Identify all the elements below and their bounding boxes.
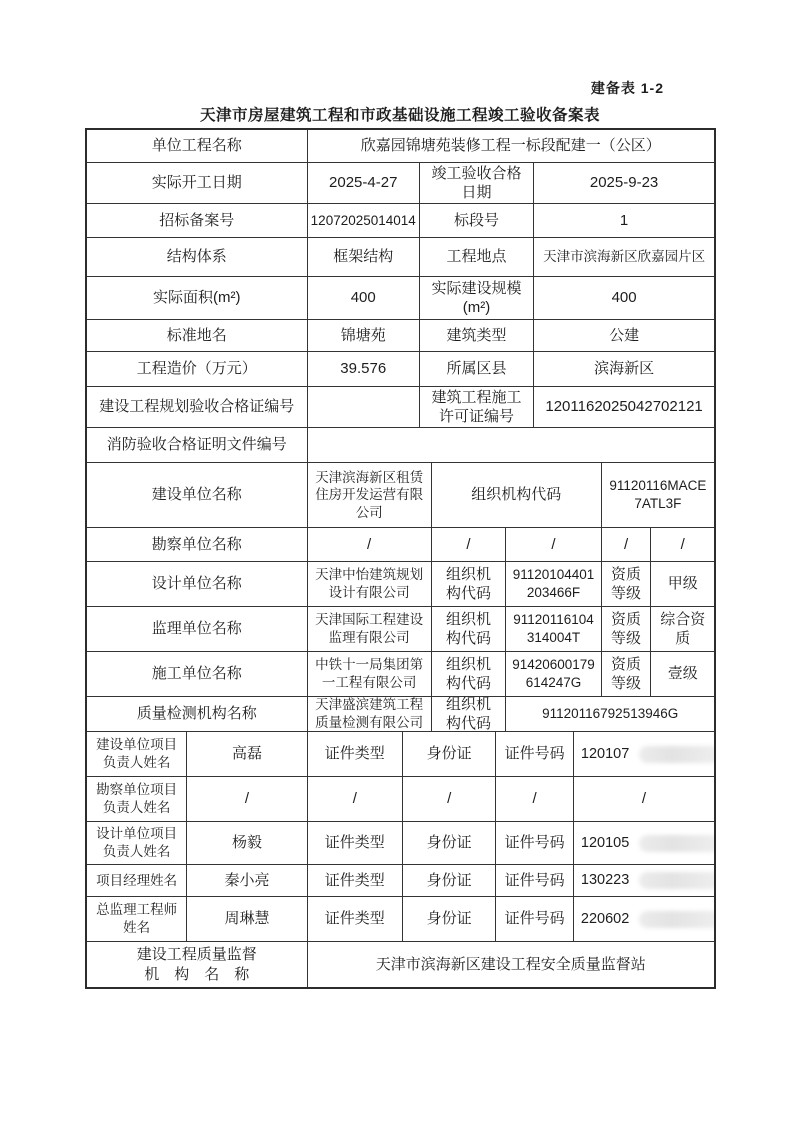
supervision-name-label: 监理单位名称 — [87, 607, 308, 651]
table-row: 工程造价（万元） 39.576 所属区县 滨海新区 — [87, 352, 714, 387]
table-row: 单位工程名称 欣嘉园锦塘苑装修工程一标段配建一（公区） — [87, 130, 714, 163]
location-value: 天津市滨海新区欣嘉园片区 — [534, 238, 714, 276]
cost-label: 工程造价（万元） — [87, 352, 308, 386]
contractor-name-label: 施工单位名称 — [87, 652, 308, 696]
testing-org-code-value: 91120116792513946G — [506, 697, 714, 731]
location-label: 工程地点 — [420, 238, 534, 276]
table-row: 总监理工程师 姓名 周琳慧 证件类型 身份证 证件号码 220602 — [87, 897, 714, 942]
standard-place-value: 锦塘苑 — [308, 320, 420, 351]
survey-org-code-value: / — [506, 528, 601, 561]
cost-value: 39.576 — [308, 352, 420, 386]
contractor-org-code-value: 91420600179614247G — [506, 652, 601, 696]
bid-record-no-label: 招标备案号 — [87, 204, 308, 237]
builder-name-label: 建设单位名称 — [87, 463, 308, 527]
construction-permit-value: 1201162025042702121 — [534, 387, 714, 427]
scanned-form-page: 建备表 1-2 天津市房屋建筑工程和市政基础设施工程竣工验收备案表 单位工程名称… — [0, 0, 800, 1131]
builder-rep-name: 高磊 — [187, 732, 307, 776]
design-rep-name: 杨毅 — [187, 822, 307, 864]
survey-rep-id-type-label: / — [308, 777, 403, 821]
table-row: 设计单位名称 天津中怡建筑规划设计有限公司 组织机构代码 91120104401… — [87, 562, 714, 607]
chief-supervisor-id-no: 220602 — [574, 897, 714, 941]
quality-supervision-station-value: 天津市滨海新区建设工程安全质量监督站 — [308, 942, 714, 987]
completion-date-value: 2025-9-23 — [534, 163, 714, 203]
project-manager-name: 秦小亮 — [187, 865, 307, 896]
survey-rep-name: / — [187, 777, 307, 821]
form-code: 建备表 1-2 — [591, 78, 664, 98]
builder-rep-id-no-label: 证件号码 — [496, 732, 574, 776]
design-org-code-value: 91120104401203466F — [506, 562, 601, 606]
building-type-label: 建筑类型 — [420, 320, 534, 351]
design-name-value: 天津中怡建筑规划设计有限公司 — [308, 562, 432, 606]
structure-system-label: 结构体系 — [87, 238, 308, 276]
survey-grade-label: / — [602, 528, 652, 561]
id-no-prefix: 120107 — [581, 745, 629, 764]
fire-cert-label: 消防验收合格证明文件编号 — [87, 428, 308, 462]
design-rep-id-type-label: 证件类型 — [308, 822, 403, 864]
contractor-grade-label: 资质等级 — [602, 652, 652, 696]
unit-project-name-label: 单位工程名称 — [87, 130, 308, 162]
table-row: 实际面积(m²) 400 实际建设规模 (m²) 400 — [87, 277, 714, 320]
section-no-value: 1 — [534, 204, 714, 237]
project-manager-id-type-label: 证件类型 — [308, 865, 403, 896]
contractor-grade-value: 壹级 — [651, 652, 714, 696]
chief-supervisor-label: 总监理工程师 姓名 — [87, 897, 187, 941]
testing-name-value: 天津盛滨建筑工程质量检测有限公司 — [308, 697, 432, 731]
design-rep-label: 设计单位项目 负责人姓名 — [87, 822, 187, 864]
table-row: 建设工程规划验收合格证编号 建筑工程施工 许可证编号 1201162025042… — [87, 387, 714, 428]
construction-permit-label: 建筑工程施工 许可证编号 — [420, 387, 534, 427]
quality-supervision-station-label: 建设工程质量监督 机 构 名 称 — [87, 942, 308, 987]
actual-scale-label: 实际建设规模 (m²) — [420, 277, 534, 319]
chief-supervisor-name: 周琳慧 — [187, 897, 307, 941]
table-row: 勘察单位名称 / / / / / — [87, 528, 714, 562]
survey-rep-label: 勘察单位项目 负责人姓名 — [87, 777, 187, 821]
project-manager-label: 项目经理姓名 — [87, 865, 187, 896]
table-row: 实际开工日期 2025-4-27 竣工验收合格 日期 2025-9-23 — [87, 163, 714, 204]
table-row: 消防验收合格证明文件编号 — [87, 428, 714, 463]
supervision-grade-value: 综合资质 — [651, 607, 714, 651]
unit-project-name-value: 欣嘉园锦塘苑装修工程一标段配建一（公区） — [308, 130, 714, 162]
table-row: 质量检测机构名称 天津盛滨建筑工程质量检测有限公司 组织机构代码 9112011… — [87, 697, 714, 732]
design-rep-id-no-label: 证件号码 — [496, 822, 574, 864]
completion-date-label: 竣工验收合格 日期 — [420, 163, 534, 203]
table-row: 设计单位项目 负责人姓名 杨毅 证件类型 身份证 证件号码 120105 — [87, 822, 714, 865]
table-row: 标准地名 锦塘苑 建筑类型 公建 — [87, 320, 714, 352]
chief-supervisor-id-type: 身份证 — [403, 897, 496, 941]
start-date-value: 2025-4-27 — [308, 163, 420, 203]
builder-rep-id-type: 身份证 — [403, 732, 496, 776]
survey-name-value: / — [308, 528, 432, 561]
standard-place-label: 标准地名 — [87, 320, 308, 351]
table-row: 建设单位名称 天津滨海新区租赁住房开发运营有限公司 组织机构代码 9112011… — [87, 463, 714, 528]
project-manager-id-type: 身份证 — [403, 865, 496, 896]
chief-supervisor-id-no-label: 证件号码 — [496, 897, 574, 941]
project-manager-id-no: 130223 — [574, 865, 714, 896]
id-no-prefix: 120105 — [581, 834, 629, 853]
actual-scale-value: 400 — [534, 277, 714, 319]
supervision-org-code-label: 组织机构代码 — [432, 607, 507, 651]
supervision-org-code-value: 91120116104314004T — [506, 607, 601, 651]
design-grade-label: 资质等级 — [602, 562, 652, 606]
structure-system-value: 框架结构 — [308, 238, 420, 276]
section-no-label: 标段号 — [420, 204, 534, 237]
survey-grade-value: / — [651, 528, 714, 561]
actual-area-value: 400 — [308, 277, 420, 319]
chief-supervisor-id-type-label: 证件类型 — [308, 897, 403, 941]
district-label: 所属区县 — [420, 352, 534, 386]
design-grade-value: 甲级 — [651, 562, 714, 606]
redaction-blur — [639, 911, 714, 928]
survey-rep-id-no: / — [574, 777, 714, 821]
bid-record-no-value: 12072025014014 — [308, 204, 420, 237]
planning-cert-label: 建设工程规划验收合格证编号 — [87, 387, 308, 427]
supervision-grade-label: 资质等级 — [602, 607, 652, 651]
supervision-name-value: 天津国际工程建设监理有限公司 — [308, 607, 432, 651]
builder-name-value: 天津滨海新区租赁住房开发运营有限公司 — [308, 463, 432, 527]
survey-rep-id-type: / — [403, 777, 496, 821]
id-no-prefix: 130223 — [581, 871, 629, 890]
design-rep-id-type: 身份证 — [403, 822, 496, 864]
builder-org-code-label: 组织机构代码 — [432, 463, 602, 527]
survey-rep-id-no-label: / — [496, 777, 574, 821]
survey-name-label: 勘察单位名称 — [87, 528, 308, 561]
district-value: 滨海新区 — [534, 352, 714, 386]
testing-name-label: 质量检测机构名称 — [87, 697, 308, 731]
id-no-prefix: 220602 — [581, 910, 629, 929]
table-row: 招标备案号 12072025014014 标段号 1 — [87, 204, 714, 238]
planning-cert-value — [308, 387, 420, 427]
design-org-code-label: 组织机构代码 — [432, 562, 507, 606]
builder-org-code-value: 91120116MACE7ATL3F — [602, 463, 714, 527]
builder-rep-id-type-label: 证件类型 — [308, 732, 403, 776]
table-row: 建设单位项目 负责人姓名 高磊 证件类型 身份证 证件号码 120107 — [87, 732, 714, 777]
actual-area-label: 实际面积(m²) — [87, 277, 308, 319]
contractor-name-value: 中铁十一局集团第一工程有限公司 — [308, 652, 432, 696]
builder-rep-id-no: 120107 — [574, 732, 714, 776]
design-rep-id-no: 120105 — [574, 822, 714, 864]
fire-cert-value — [308, 428, 714, 462]
table-row: 监理单位名称 天津国际工程建设监理有限公司 组织机构代码 91120116104… — [87, 607, 714, 652]
table-row: 项目经理姓名 秦小亮 证件类型 身份证 证件号码 130223 — [87, 865, 714, 897]
redaction-blur — [639, 835, 714, 852]
builder-rep-label: 建设单位项目 负责人姓名 — [87, 732, 187, 776]
table-row: 勘察单位项目 负责人姓名 / / / / / — [87, 777, 714, 822]
design-name-label: 设计单位名称 — [87, 562, 308, 606]
start-date-label: 实际开工日期 — [87, 163, 308, 203]
redaction-blur — [639, 746, 714, 763]
page-title: 天津市房屋建筑工程和市政基础设施工程竣工验收备案表 — [0, 103, 800, 125]
redaction-blur — [639, 872, 714, 889]
table-row: 结构体系 框架结构 工程地点 天津市滨海新区欣嘉园片区 — [87, 238, 714, 277]
survey-org-code-label: / — [432, 528, 507, 561]
testing-org-code-label: 组织机构代码 — [432, 697, 507, 731]
table-row: 施工单位名称 中铁十一局集团第一工程有限公司 组织机构代码 9142060017… — [87, 652, 714, 697]
project-manager-id-no-label: 证件号码 — [496, 865, 574, 896]
record-form-table: 单位工程名称 欣嘉园锦塘苑装修工程一标段配建一（公区） 实际开工日期 2025-… — [85, 128, 716, 989]
contractor-org-code-label: 组织机构代码 — [432, 652, 507, 696]
table-row: 建设工程质量监督 机 构 名 称 天津市滨海新区建设工程安全质量监督站 — [87, 942, 714, 987]
building-type-value: 公建 — [534, 320, 714, 351]
